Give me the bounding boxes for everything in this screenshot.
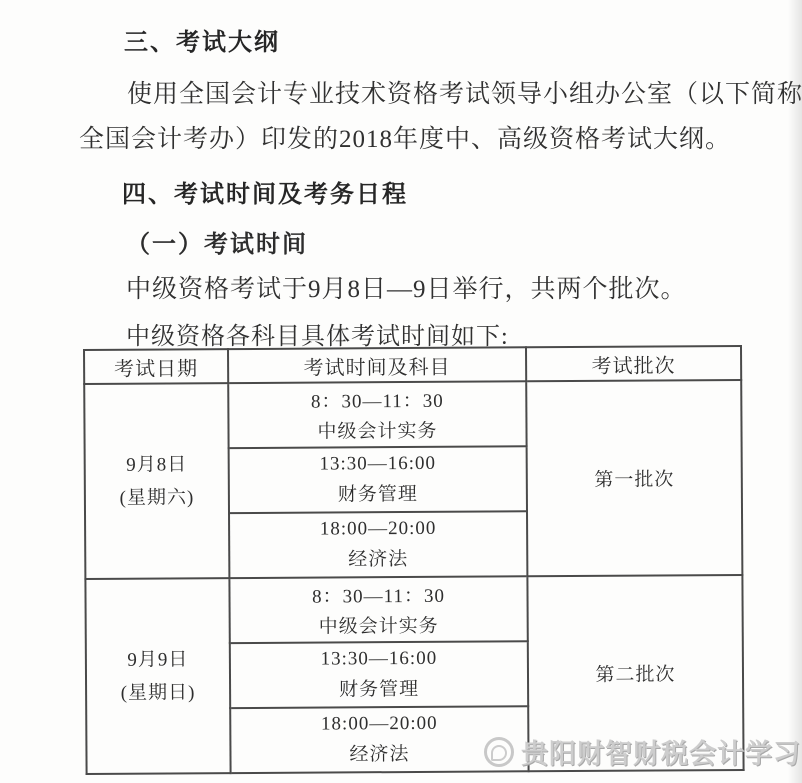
slot-subject: 中级会计实务 (229, 415, 525, 444)
slot-time: 18:00—20:00 (230, 517, 526, 541)
time-slot-cell: 8：30—11：30 中级会计实务 (228, 381, 526, 448)
paragraph-1-line-1: 使用全国会计专业技术资格考试领导小组办公室（以下简称 (127, 74, 802, 110)
batch-cell-first: 第一批次 (526, 380, 742, 576)
slot-time: 8：30—11：30 (230, 580, 526, 609)
date-cell-sep8: 9月8日 (星期六) (84, 383, 229, 579)
slot-time: 13:30—16:00 (231, 647, 527, 671)
slot-time: 18:00—20:00 (231, 712, 527, 736)
weekday-text: (星期日) (87, 676, 229, 710)
subsection-heading: （一）考试时间 (126, 224, 308, 259)
table-header-row: 考试日期 考试时间及科目 考试批次 (84, 346, 741, 384)
time-slot-cell: 8：30—11：30 中级会计实务 (229, 576, 527, 643)
date-cell-sep9: 9月9日 (星期日) (85, 578, 230, 774)
time-slot-cell: 13:30—16:00 财务管理 (230, 641, 528, 708)
paragraph-1-line-2: 全国会计考办）印发的2018年度中、高级资格考试大纲。 (79, 119, 731, 155)
time-slot-cell: 13:30—16:00 财务管理 (229, 446, 527, 513)
slot-time: 13:30—16:00 (230, 452, 526, 476)
time-slot-cell: 18:00—20:00 经济法 (229, 511, 527, 578)
table-row: 9月9日 (星期日) 8：30—11：30 中级会计实务 第二批次 (85, 575, 742, 644)
watermark: 贵阳财智财税会计学习中心 (484, 732, 802, 771)
slot-subject: 中级会计实务 (231, 610, 527, 639)
slot-subject: 财务管理 (230, 479, 526, 508)
slot-time: 8：30—11：30 (229, 385, 525, 414)
slot-subject: 经济法 (230, 544, 526, 573)
scanned-document-page: 三、考试大纲 使用全国会计专业技术资格考试领导小组办公室（以下简称 全国会计考办… (0, 0, 802, 783)
watermark-text: 贵阳财智财税会计学习中心 (521, 732, 802, 771)
paragraph-exam-dates: 中级资格考试于9月8日—9日举行，共两个批次。 (126, 269, 687, 305)
date-text: 9月9日 (87, 643, 229, 677)
table-row: 9月8日 (星期六) 8：30—11：30 中级会计实务 第一批次 (84, 380, 741, 449)
header-batch: 考试批次 (526, 346, 741, 381)
watermark-logo-icon (484, 737, 514, 767)
scan-edge-shading (788, 0, 802, 783)
section-4-heading: 四、考试时间及考务日程 (122, 174, 408, 209)
date-text: 9月8日 (86, 448, 228, 482)
slot-subject: 财务管理 (231, 674, 527, 703)
header-exam-date: 考试日期 (84, 349, 228, 384)
exam-schedule-table: 考试日期 考试时间及科目 考试批次 9月8日 (星期六) 8：30—11：30 … (83, 345, 745, 775)
header-time-subject: 考试时间及科目 (228, 347, 526, 383)
section-3-heading: 三、考试大纲 (124, 22, 280, 57)
weekday-text: (星期六) (86, 481, 228, 515)
